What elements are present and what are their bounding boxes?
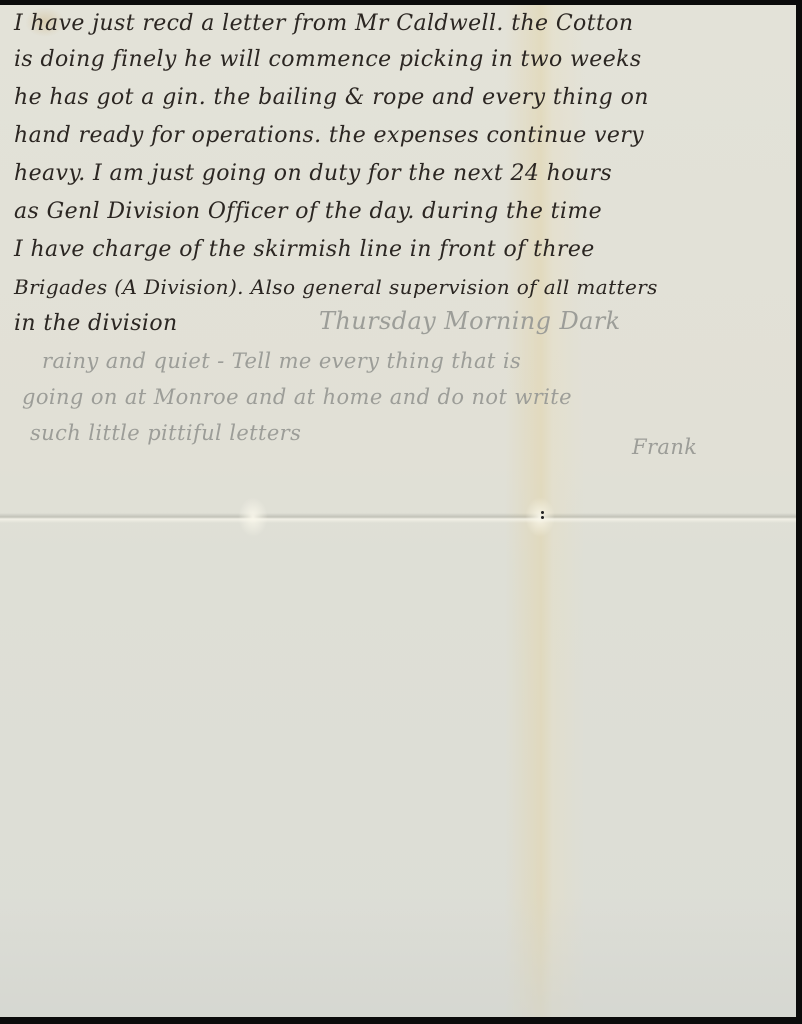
pin-hole (541, 516, 544, 519)
fold-crease-knot (238, 497, 268, 537)
ink-line: heavy. I am just going on duty for the n… (14, 161, 612, 186)
ink-line: as Genl Division Officer of the day. dur… (14, 199, 602, 224)
ink-line: I have charge of the skirmish line in fr… (14, 237, 595, 262)
fold-crease-horizontal (0, 513, 796, 523)
pencil-heading: Thursday Morning Dark (319, 307, 621, 335)
pencil-line: going on at Monroe and at home and do no… (22, 385, 572, 409)
pencil-line: such little pittiful letters (30, 421, 301, 445)
fold-crease-knot (525, 497, 555, 537)
signature: Frank (632, 435, 697, 459)
ink-line: Brigades (A Division). Also general supe… (14, 275, 658, 299)
ink-line: is doing finely he will commence picking… (14, 47, 642, 72)
page-shading (0, 897, 796, 1017)
letter-page: I have just recd a letter from Mr Caldwe… (0, 5, 796, 1017)
ink-line: in the division (14, 311, 178, 336)
ink-line: I have just recd a letter from Mr Caldwe… (14, 11, 633, 36)
ink-line: he has got a gin. the bailing & rope and… (14, 85, 649, 110)
ink-line: hand ready for operations. the expenses … (14, 123, 644, 148)
pencil-line: rainy and quiet - Tell me every thing th… (42, 349, 521, 373)
pin-hole (541, 511, 544, 514)
scan-frame: I have just recd a letter from Mr Caldwe… (0, 0, 802, 1024)
